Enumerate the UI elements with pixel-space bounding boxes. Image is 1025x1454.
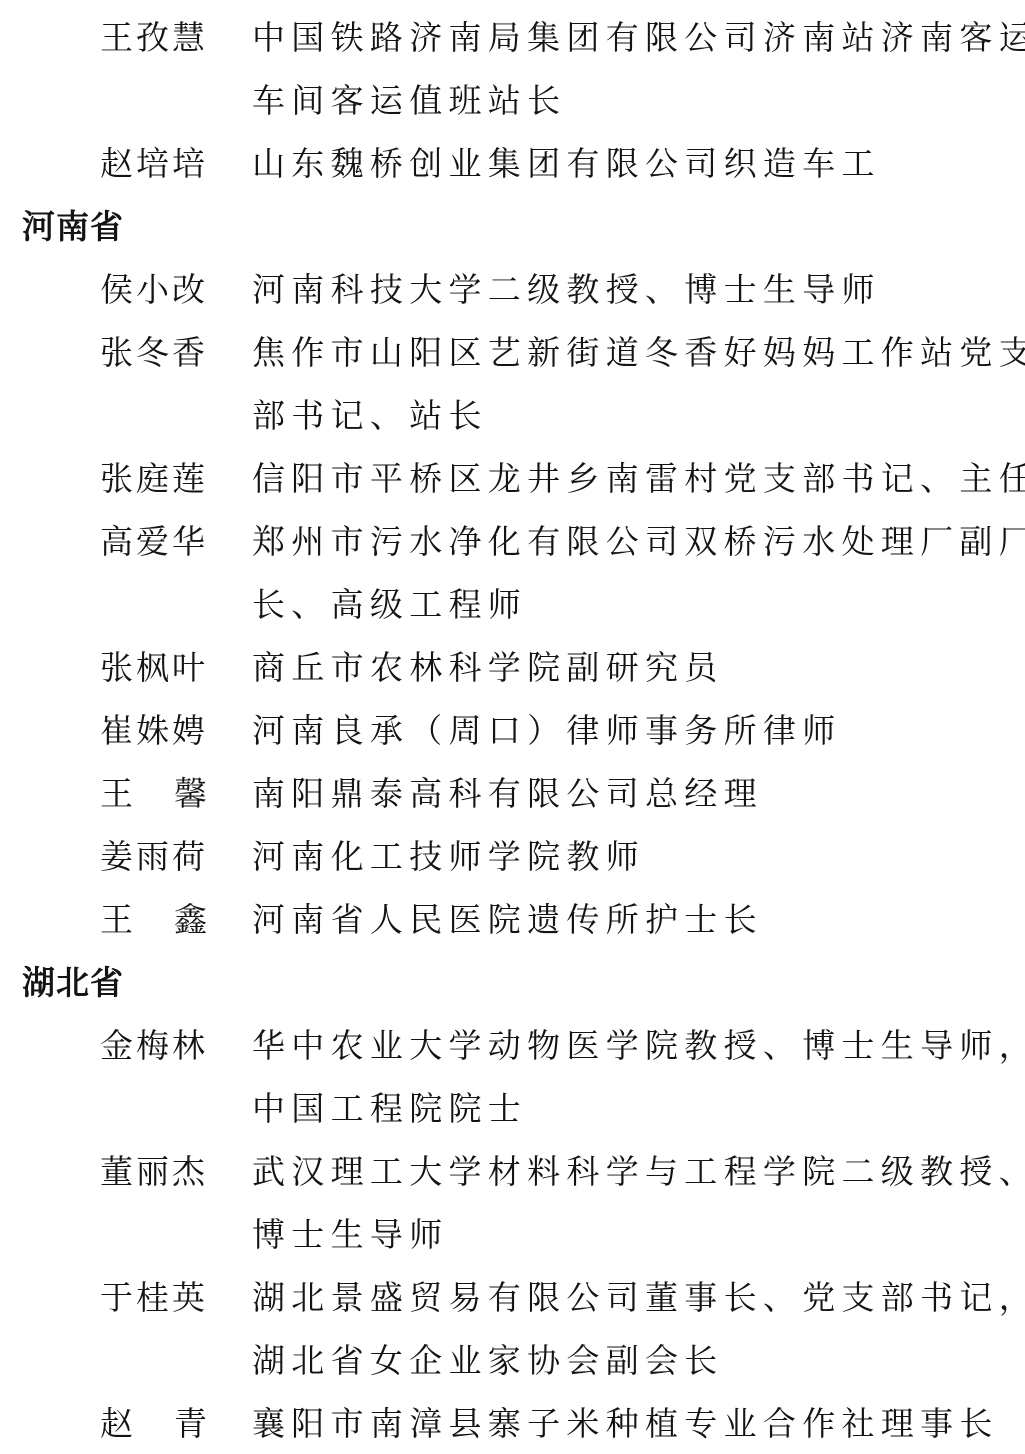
entry-description: 河南省人民医院遗传所护士长 — [252, 888, 763, 951]
entry-description: 信阳市平桥区龙井乡南雷村党支部书记、主任 — [252, 447, 1025, 510]
entry-description: 河南化工技师学院教师 — [252, 825, 645, 888]
entry-description-continued: 车间客运值班站长 — [252, 69, 566, 132]
entry-zhang-fengye: 张枫叶 商丘市农林科学院副研究员 — [0, 636, 1025, 699]
entry-name: 赵培培 — [100, 132, 220, 195]
entry-name: 姜雨荷 — [100, 825, 220, 888]
entry-description: 河南科技大学二级教授、博士生导师 — [252, 258, 881, 321]
entry-description: 郑州市污水净化有限公司双桥污水处理厂副厂 — [252, 510, 1025, 573]
entry-name-part: 王 — [100, 762, 136, 825]
entry-wang-xin-1: 王 馨 南阳鼎泰高科有限公司总经理 — [0, 762, 1025, 825]
entry-wang-zihui: 王孜慧 中国铁路济南局集团有限公司济南站济南客运 车间客运值班站长 — [0, 6, 1025, 132]
entry-description: 襄阳市南漳县寨子米种植专业合作社理事长 — [252, 1392, 999, 1454]
entry-description-continued: 博士生导师 — [252, 1203, 449, 1266]
entry-name: 张枫叶 — [100, 636, 220, 699]
entry-dong-lijie: 董丽杰 武汉理工大学材料科学与工程学院二级教授、 博士生导师 — [0, 1140, 1025, 1266]
entry-name: 高爱华 — [100, 510, 220, 573]
entry-wang-xin-2: 王 鑫 河南省人民医院遗传所护士长 — [0, 888, 1025, 951]
entry-cui-shuping: 崔姝娉 河南良承（周口）律师事务所律师 — [0, 699, 1025, 762]
entry-zhao-peipei: 赵培培 山东魏桥创业集团有限公司织造车工 — [0, 132, 1025, 195]
entry-name: 侯小改 — [100, 258, 220, 321]
entry-description-continued: 部书记、站长 — [252, 384, 488, 447]
entry-description-continued: 中国工程院院士 — [252, 1077, 527, 1140]
entry-name: 王 馨 — [100, 762, 210, 825]
entry-name-part: 赵 — [100, 1392, 136, 1454]
entry-name: 崔姝娉 — [100, 699, 220, 762]
entry-description-continued: 长、高级工程师 — [252, 573, 527, 636]
entry-description: 南阳鼎泰高科有限公司总经理 — [252, 762, 763, 825]
entry-description: 中国铁路济南局集团有限公司济南站济南客运 — [252, 6, 1025, 69]
entry-name: 张庭莲 — [100, 447, 220, 510]
province-heading-henan: 河南省 — [0, 195, 1025, 258]
entry-jin-meilin: 金梅林 华中农业大学动物医学院教授、博士生导师， 中国工程院院士 — [0, 1014, 1025, 1140]
entry-description: 湖北景盛贸易有限公司董事长、党支部书记， — [252, 1266, 1025, 1329]
entry-name: 王孜慧 — [100, 6, 220, 69]
entry-gao-aihua: 高爱华 郑州市污水净化有限公司双桥污水处理厂副厂 长、高级工程师 — [0, 510, 1025, 636]
entry-description: 山东魏桥创业集团有限公司织造车工 — [252, 132, 881, 195]
entry-description: 商丘市农林科学院副研究员 — [252, 636, 724, 699]
entry-hou-xiaogai: 侯小改 河南科技大学二级教授、博士生导师 — [0, 258, 1025, 321]
entry-name: 董丽杰 — [100, 1140, 220, 1203]
entry-name: 赵 青 — [100, 1392, 210, 1454]
entry-jiang-yuhe: 姜雨荷 河南化工技师学院教师 — [0, 825, 1025, 888]
entry-name: 王 鑫 — [100, 888, 210, 951]
entry-name-part: 青 — [174, 1392, 210, 1454]
entry-zhang-tinglian: 张庭莲 信阳市平桥区龙井乡南雷村党支部书记、主任 — [0, 447, 1025, 510]
entry-name-part: 馨 — [174, 762, 210, 825]
entry-description-continued: 湖北省女企业家协会副会长 — [252, 1329, 724, 1392]
entry-description: 华中农业大学动物医学院教授、博士生导师， — [252, 1014, 1025, 1077]
entry-name-part: 鑫 — [174, 888, 210, 951]
entry-zhao-qing: 赵 青 襄阳市南漳县寨子米种植专业合作社理事长 — [0, 1392, 1025, 1454]
entry-description: 河南良承（周口）律师事务所律师 — [252, 699, 842, 762]
entry-description: 焦作市山阳区艺新街道冬香好妈妈工作站党支 — [252, 321, 1025, 384]
document-body: 王孜慧 中国铁路济南局集团有限公司济南站济南客运 车间客运值班站长 赵培培 山东… — [0, 6, 1025, 1454]
entry-description: 武汉理工大学材料科学与工程学院二级教授、 — [252, 1140, 1025, 1203]
entry-name: 金梅林 — [100, 1014, 220, 1077]
province-heading-hubei: 湖北省 — [0, 951, 1025, 1014]
entry-zhang-dongxiang: 张冬香 焦作市山阳区艺新街道冬香好妈妈工作站党支 部书记、站长 — [0, 321, 1025, 447]
entry-yu-guiying: 于桂英 湖北景盛贸易有限公司董事长、党支部书记， 湖北省女企业家协会副会长 — [0, 1266, 1025, 1392]
entry-name: 张冬香 — [100, 321, 220, 384]
entry-name-part: 王 — [100, 888, 136, 951]
entry-name: 于桂英 — [100, 1266, 220, 1329]
